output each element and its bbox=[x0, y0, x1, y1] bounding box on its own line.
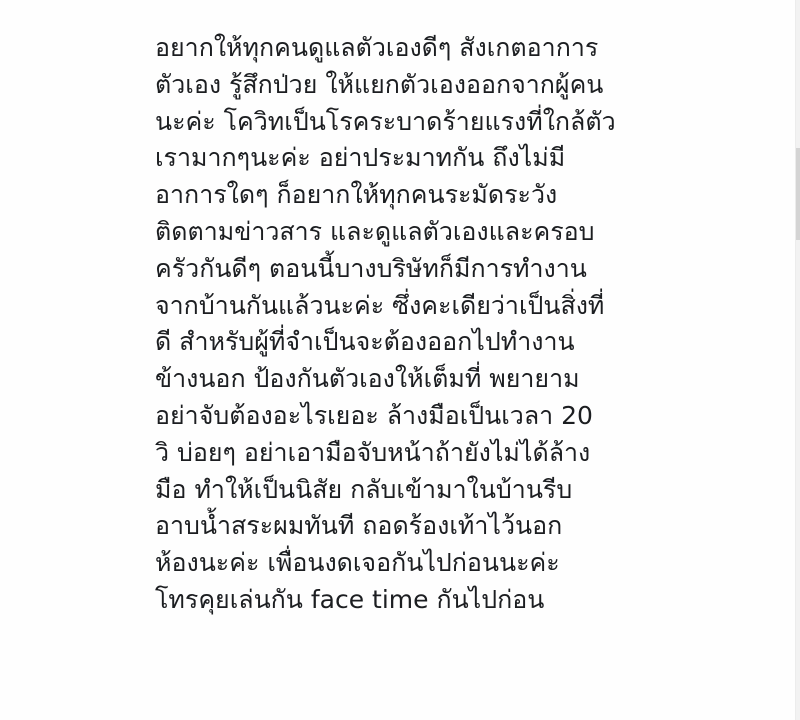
post-line-4: เรามากๆนะค่ะ อย่าประมาทกัน ถึงไม่มี bbox=[155, 140, 755, 177]
post-viewport: อยากให้ทุกคนดูแลตัวเองดีๆ สังเกตอาการ ตั… bbox=[0, 0, 800, 720]
post-line-15: ห้องนะค่ะ เพื่อนงดเจอกันไปก่อนนะค่ะ bbox=[155, 545, 755, 582]
post-line-6: ติดตามข่าวสาร และดูแลตัวเองและครอบ bbox=[155, 214, 755, 251]
vertical-scrollbar[interactable] bbox=[795, 0, 800, 720]
post-line-3: นะค่ะ โควิทเป็นโรคระบาดร้ายแรงที่ใกล้ตัว bbox=[155, 104, 755, 141]
post-line-11: อย่าจับต้องอะไรเยอะ ล้างมือเป็นเวลา 20 bbox=[155, 398, 755, 435]
post-line-8: จากบ้านกันแล้วนะค่ะ ซึ่งคะเดียว่าเป็นสิ่… bbox=[155, 288, 755, 325]
post-line-10: ข้างนอก ป้องกันตัวเองให้เต็มที่ พยายาม bbox=[155, 361, 755, 398]
post-line-13: มือ ทำให้เป็นนิสัย กลับเข้ามาในบ้านรีบ bbox=[155, 472, 755, 509]
post-line-14: อาบน้ำสระผมทันที ถอดร้องเท้าไว้นอก bbox=[155, 508, 755, 545]
post-line-2: ตัวเอง รู้สึกป่วย ให้แยกตัวเองออกจากผู้ค… bbox=[155, 67, 755, 104]
scrollbar-thumb[interactable] bbox=[796, 148, 800, 240]
post-line-16: โทรคุยเล่นกัน face time กันไปก่อน bbox=[155, 582, 755, 619]
post-text: อยากให้ทุกคนดูแลตัวเองดีๆ สังเกตอาการ ตั… bbox=[155, 30, 755, 619]
post-line-5: อาการใดๆ ก็อยากให้ทุกคนระมัดระวัง bbox=[155, 177, 755, 214]
post-line-7: ครัวกันดีๆ ตอนนี้บางบริษัทก็มีการทำงาน bbox=[155, 251, 755, 288]
post-line-12: วิ บ่อยๆ อย่าเอามือจับหน้าถ้ายังไม่ได้ล้… bbox=[155, 435, 755, 472]
post-line-9: ดี สำหรับผู้ที่จำเป็นจะต้องออกไปทำงาน bbox=[155, 324, 755, 361]
post-line-1: อยากให้ทุกคนดูแลตัวเองดีๆ สังเกตอาการ bbox=[155, 30, 755, 67]
